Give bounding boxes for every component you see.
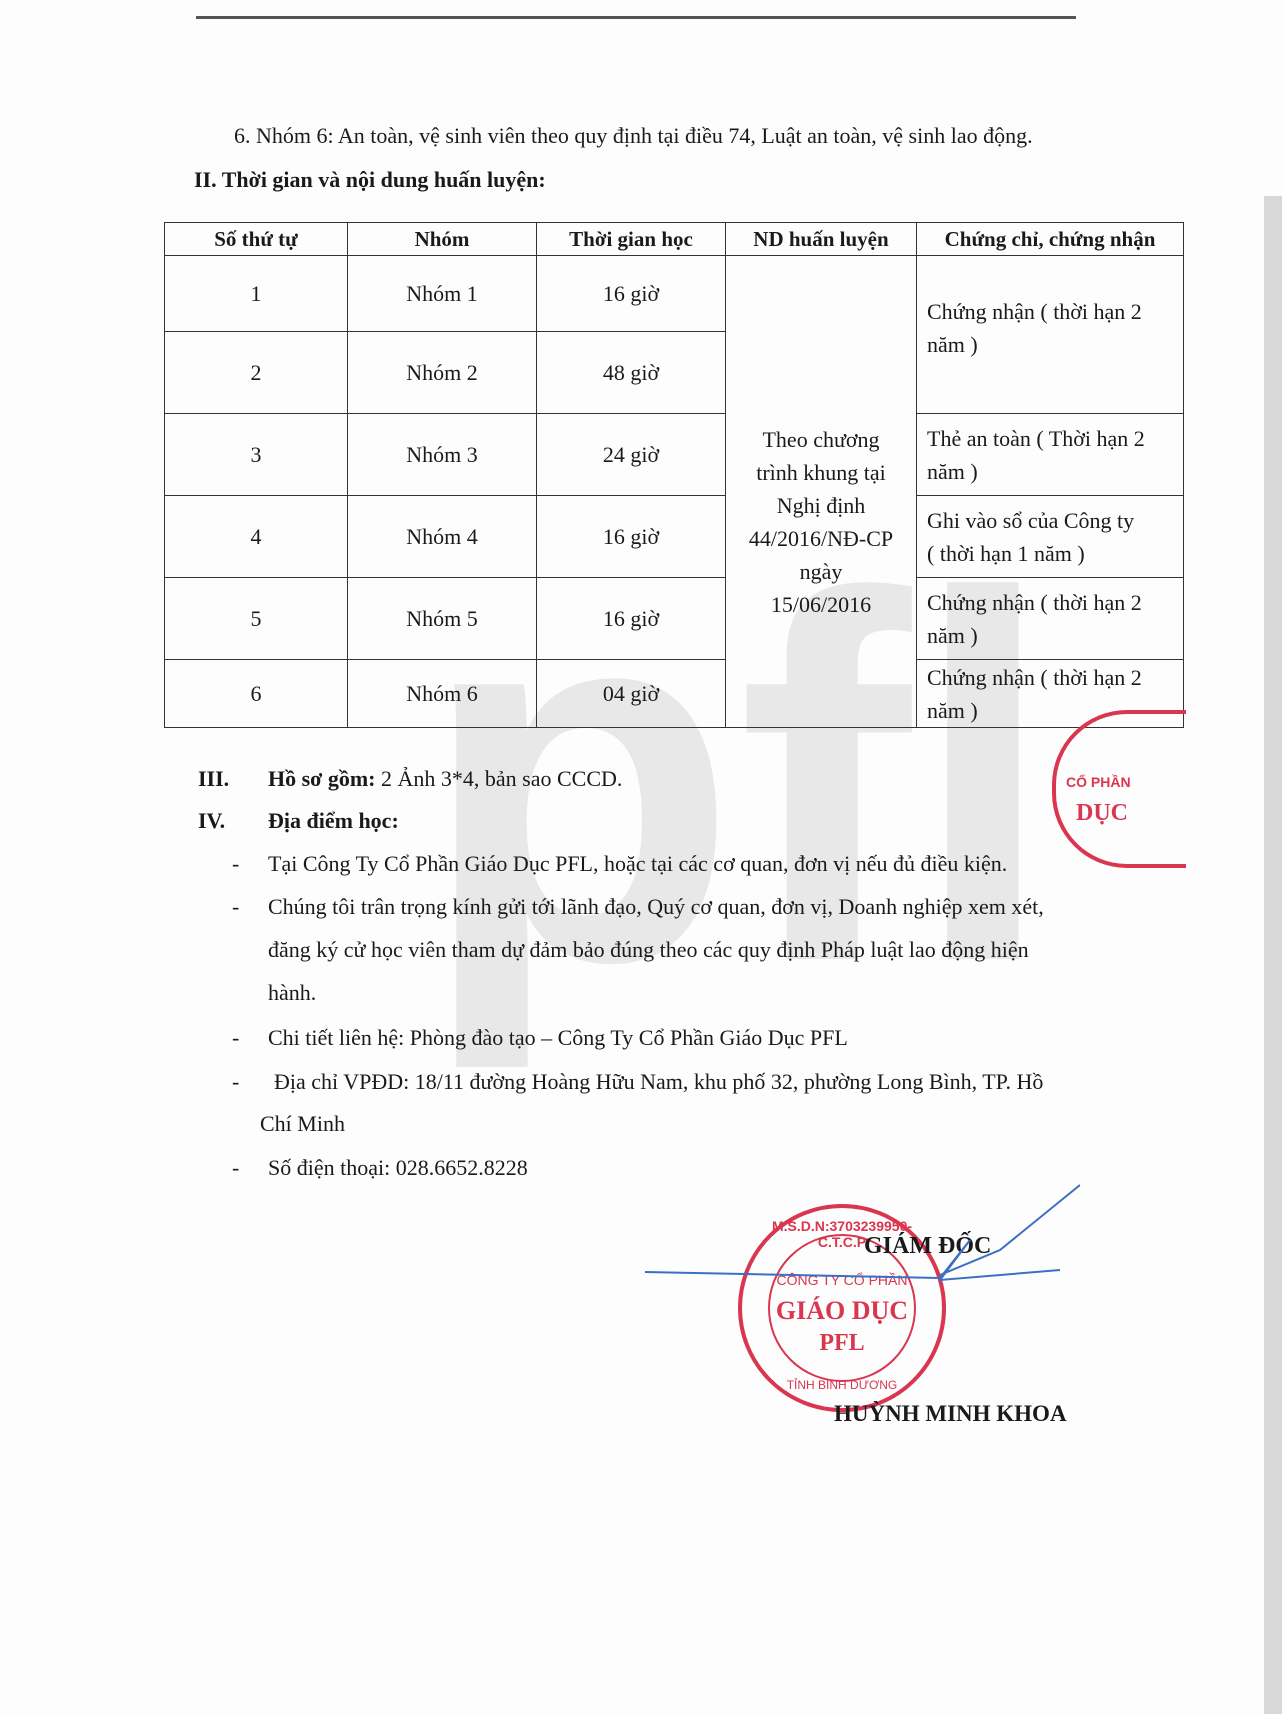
cell-time: 16 giờ [537,578,726,660]
training-table: Số thứ tự Nhóm Thời gian học ND huấn luy… [164,222,1184,728]
bullet-dash: - [232,893,239,921]
bullet-invite-cont2: hành. [268,979,316,1007]
table-row: 1 Nhóm 1 16 giờ Theo chương trình khung … [165,256,1184,332]
cell-time: 16 giờ [537,496,726,578]
section-4-label: Địa điểm học: [268,807,399,835]
cell-cert: Chứng nhận ( thời hạn 2 năm ) [917,256,1184,414]
content-line: ngày [736,555,906,588]
cell-nhom: Nhóm 4 [348,496,537,578]
signer-name: HUỲNH MINH KHOA [834,1400,1067,1428]
cell-stt: 2 [165,332,348,414]
cert-line: ( thời hạn 1 năm ) [927,537,1173,570]
header-content: ND huấn luyện [726,223,917,256]
cell-cert: Chứng nhận ( thời hạn 2 năm ) [917,578,1184,660]
bullet-phone: Số điện thoại: 028.6652.8228 [268,1154,528,1182]
cell-time: 04 giờ [537,660,726,728]
document-page: pfl 6. Nhóm 6: An toàn, vệ sinh viên the… [0,0,1282,1714]
cell-stt: 5 [165,578,348,660]
cell-cert: Thẻ an toàn ( Thời hạn 2 năm ) [917,414,1184,496]
header-nhom: Nhóm [348,223,537,256]
table-row: 5 Nhóm 5 16 giờ Chứng nhận ( thời hạn 2 … [165,578,1184,660]
cert-line: Ghi vào sổ của Công ty [927,504,1173,537]
bullet-dash: - [232,1024,239,1052]
section-4-num: IV. [198,807,225,835]
cell-nhom: Nhóm 1 [348,256,537,332]
cert-line: năm ) [927,328,1173,361]
cell-nhom: Nhóm 2 [348,332,537,414]
header-stt: Số thứ tự [165,223,348,256]
cert-line: Chứng nhận ( thời hạn 2 [927,661,1173,694]
top-rule [196,16,1076,19]
section-3-text: 2 Ảnh 3*4, bản sao CCCD. [376,766,623,791]
cell-stt: 6 [165,660,348,728]
cell-time: 16 giờ [537,256,726,332]
page-edge-shadow [1264,196,1282,1714]
bullet-dash: - [232,1154,239,1182]
cert-line: Chứng nhận ( thời hạn 2 [927,295,1173,328]
cert-line: Thẻ an toàn ( Thời hạn 2 [927,422,1173,455]
cell-stt: 1 [165,256,348,332]
stamp-bottom-text: TỈNH BÌNH DƯƠNG [742,1378,942,1392]
content-line: Theo chương [736,423,906,456]
partial-stamp-text2: DỤC [1076,800,1128,827]
partial-stamp-text: CỔ PHẦN [1066,774,1131,790]
bullet-invite-cont: đăng ký cử học viên tham dự đảm bảo đúng… [268,936,1029,964]
bullet-invite: Chúng tôi trân trọng kính gửi tới lãnh đ… [268,893,1044,921]
stamp-line2: GIÁO DỤC [742,1296,942,1326]
cert-line: năm ) [927,455,1173,488]
content-line: Nghị định [736,489,906,522]
content-line: 15/06/2016 [736,588,906,621]
bullet-location: Tại Công Ty Cổ Phần Giáo Dục PFL, hoặc t… [268,850,1007,878]
table-row: 6 Nhóm 6 04 giờ Chứng nhận ( thời hạn 2 … [165,660,1184,728]
cell-stt: 3 [165,414,348,496]
header-cert: Chứng chỉ, chứng nhận [917,223,1184,256]
bullet-address-cont: Chí Minh [260,1110,345,1138]
bullet-contact: Chi tiết liên hệ: Phòng đào tạo – Công T… [268,1024,848,1052]
cell-content: Theo chương trình khung tại Nghị định 44… [726,256,917,728]
section-3-label: Hồ sơ gồm: [268,766,376,791]
cert-line: năm ) [927,619,1173,652]
cell-cert: Ghi vào sổ của Công ty ( thời hạn 1 năm … [917,496,1184,578]
bullet-dash: - [232,1068,239,1096]
table-row: 3 Nhóm 3 24 giờ Thẻ an toàn ( Thời hạn 2… [165,414,1184,496]
section-3-num: III. [198,765,229,793]
partial-stamp: CỔ PHẦN DỤC [1052,710,1186,868]
content-line: 44/2016/NĐ-CP [736,522,906,555]
cell-time: 48 giờ [537,332,726,414]
cell-stt: 4 [165,496,348,578]
signature-scribble [640,1180,1080,1300]
table-row: 4 Nhóm 4 16 giờ Ghi vào sổ của Công ty (… [165,496,1184,578]
cell-nhom: Nhóm 5 [348,578,537,660]
cell-time: 24 giờ [537,414,726,496]
cell-nhom: Nhóm 6 [348,660,537,728]
header-time: Thời gian học [537,223,726,256]
section-2-title: II. Thời gian và nội dung huấn luyện: [194,166,546,194]
group-6-item: 6. Nhóm 6: An toàn, vệ sinh viên theo qu… [234,122,1033,150]
bullet-address: Địa chỉ VPĐD: 18/11 đường Hoàng Hữu Nam,… [274,1068,1043,1096]
stamp-line3: PFL [742,1330,942,1357]
bullet-dash: - [232,850,239,878]
cell-nhom: Nhóm 3 [348,414,537,496]
content-line: trình khung tại [736,456,906,489]
table-header-row: Số thứ tự Nhóm Thời gian học ND huấn luy… [165,223,1184,256]
section-3: Hồ sơ gồm: 2 Ảnh 3*4, bản sao CCCD. [268,765,622,793]
cert-line: Chứng nhận ( thời hạn 2 [927,586,1173,619]
